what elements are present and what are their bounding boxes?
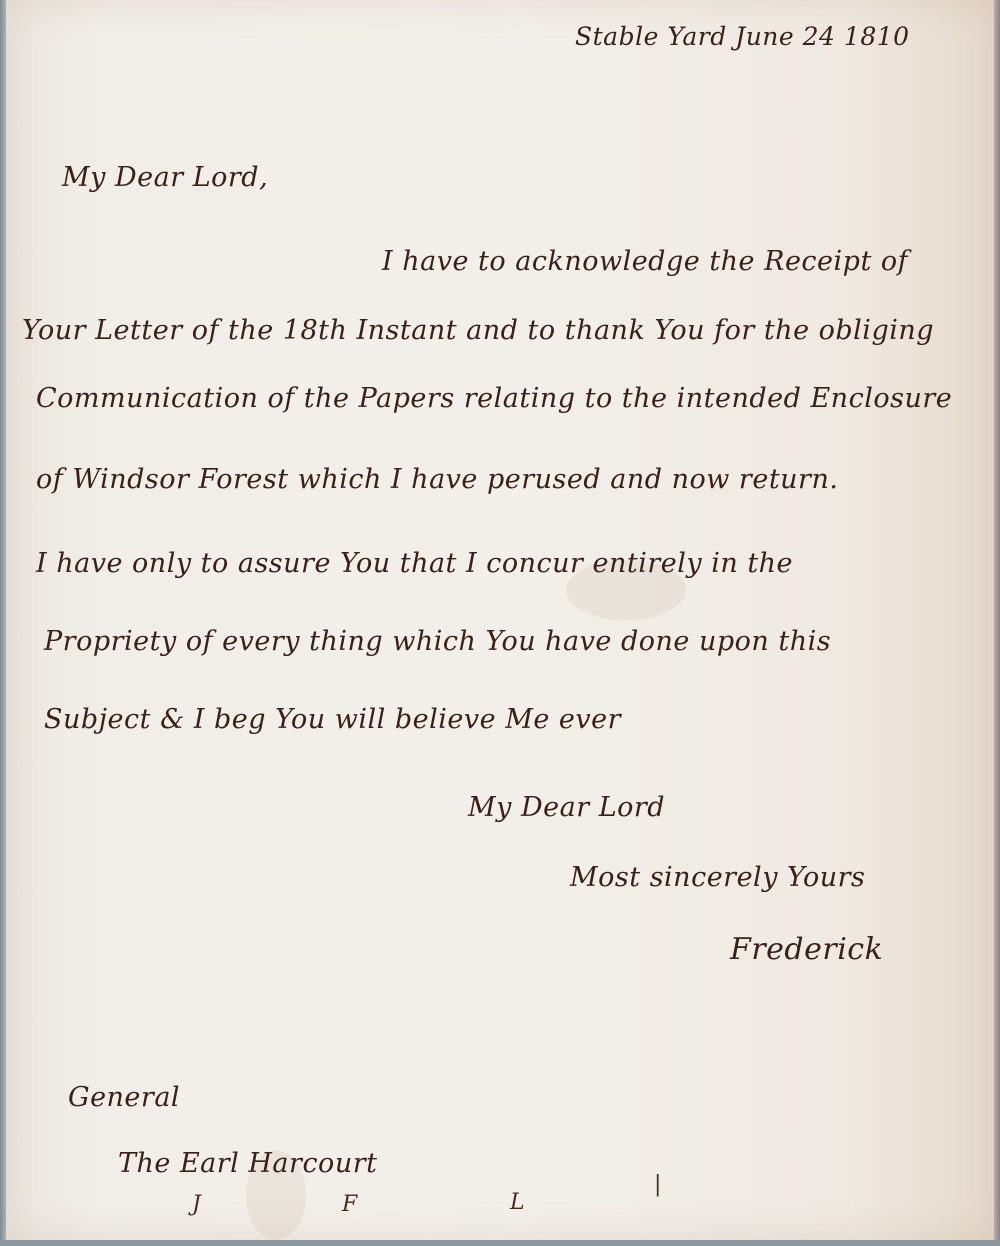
body-line-1: I have to acknowledge the Receipt of <box>382 246 908 277</box>
bottom-mark: F <box>342 1192 357 1217</box>
closing-line-1: My Dear Lord <box>468 792 665 823</box>
scan-bottom-edge <box>0 1240 1000 1246</box>
body-line-6: Propriety of every thing which You have … <box>44 626 831 657</box>
salutation: My Dear Lord, <box>62 162 268 193</box>
body-line-5: I have only to assure You that I concur … <box>36 548 793 579</box>
addressee-name: The Earl Harcourt <box>118 1148 377 1179</box>
bottom-mark: L <box>510 1190 525 1215</box>
signature: Frederick <box>730 932 883 967</box>
body-line-7: Subject & I beg You will believe Me ever <box>44 704 621 735</box>
dateline: Stable Yard June 24 1810 <box>575 22 910 51</box>
scan-right-edge <box>994 0 1000 1246</box>
bottom-mark: J <box>192 1192 201 1217</box>
body-line-2: Your Letter of the 18th Instant and to t… <box>22 315 934 346</box>
closing-line-2: Most sincerely Yours <box>570 862 865 893</box>
ink-stroke-mark: | <box>654 1172 661 1197</box>
body-line-3: Communication of the Papers relating to … <box>36 383 952 414</box>
body-line-4: of Windsor Forest which I have perused a… <box>36 464 838 495</box>
addressee-title: General <box>68 1082 180 1113</box>
